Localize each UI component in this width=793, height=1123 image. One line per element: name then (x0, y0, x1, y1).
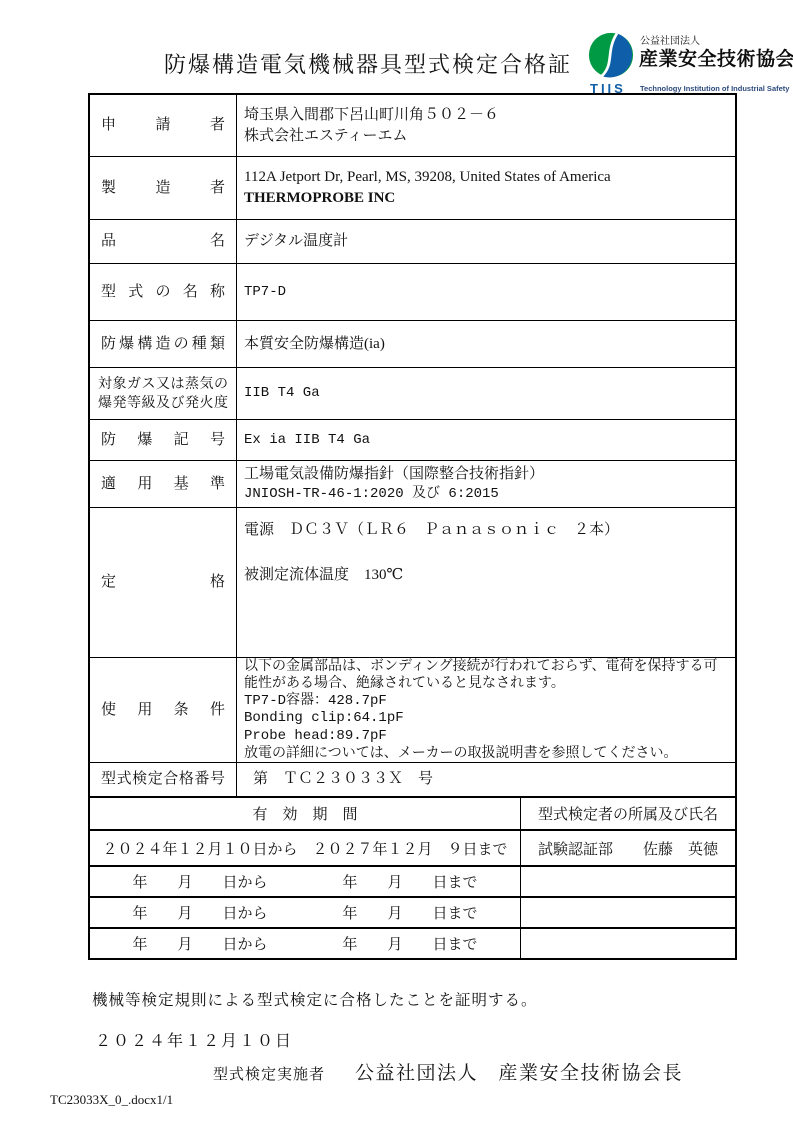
row-manufacturer: 製造者 112A Jetport Dr, Pearl, MS, 39208, U… (90, 157, 735, 220)
validity-period-header: 有 効 期 間 (90, 798, 521, 829)
issuer-line: 型式検定実施者公益社団法人 産業安全技術協会長 (213, 1058, 683, 1085)
validity-row: 年 月 日から 年 月 日まで (90, 896, 735, 927)
row-label: 使用条件 (90, 658, 237, 762)
row-label: 型式の名称 (90, 264, 237, 320)
certify-statement: 機械等検定規則による型式検定に合格したことを証明する。 (92, 988, 538, 1010)
validity-period: 年 月 日から 年 月 日まで (90, 898, 521, 927)
row-protection-type: 防爆構造の種類 本質安全防爆構造(ia) (90, 321, 735, 368)
row-label: 定格 (90, 508, 237, 657)
row-product-name: 品名 デジタル温度計 (90, 220, 735, 264)
logo-org-name: 産業安全技術協会 (639, 44, 793, 71)
certificate-table: 申請者 埼玉県入間郡下呂山町川角５０２－６ 株式会社エスティーエム 製造者 11… (88, 93, 737, 960)
tiis-logo-icon (588, 32, 634, 78)
row-value: 電源 ＤＣ３Ｖ（ＬＲ６ Ｐａｎａｓｏｎｉｃ ２本） 被測定流体温度 130℃ (237, 508, 735, 657)
row-value: Ex ia IIB T4 Ga (237, 420, 735, 460)
row-label: 防爆記号 (90, 420, 237, 460)
certificate-page: 防爆構造電気機械器具型式検定合格証 TIIS 公益社団法人 産業安全技術協会 T… (0, 0, 793, 1123)
issuer-prefix: 型式検定実施者 (213, 1067, 325, 1083)
row-gas-group: 対象ガス又は蒸気の 爆発等級及び発火度 IIB T4 Ga (90, 368, 735, 420)
validity-period: ２０２４年１２月１０日から ２０２７年１２月 ９日まで (90, 831, 521, 865)
row-conditions-of-use: 使用条件 以下の金属部品は、ボンディング接続が行われておらず、電荷を保持する可 … (90, 658, 735, 763)
validity-row: ２０２４年１２月１０日から ２０２７年１２月 ９日まで 試験認証部 佐藤 英徳 (90, 829, 735, 865)
row-ex-marking: 防爆記号 Ex ia IIB T4 Ga (90, 420, 735, 461)
row-value: TP7-D (237, 264, 735, 320)
row-applicant: 申請者 埼玉県入間郡下呂山町川角５０２－６ 株式会社エスティーエム (90, 95, 735, 157)
tiis-logo: TIIS 公益社団法人 産業安全技術協会 Technology Institut… (586, 30, 786, 96)
validity-row: 年 月 日から 年 月 日まで (90, 927, 735, 958)
examiner-name (521, 929, 735, 958)
row-label: 型式検定合格番号 (90, 763, 237, 796)
validity-period: 年 月 日から 年 月 日まで (90, 929, 521, 958)
row-value: 第 ＴＣ２３０３３Ｘ 号 (237, 763, 735, 796)
row-value: 本質安全防爆構造(ia) (237, 321, 735, 367)
row-value: デジタル温度計 (237, 220, 735, 263)
row-model-name: 型式の名称 TP7-D (90, 264, 735, 321)
page-title: 防爆構造電気機械器具型式検定合格証 (88, 48, 648, 79)
issue-date: ２０２４年１２月１０日 (95, 1028, 293, 1051)
validity-period: 年 月 日から 年 月 日まで (90, 867, 521, 896)
row-rating: 定格 電源 ＤＣ３Ｖ（ＬＲ６ Ｐａｎａｓｏｎｉｃ ２本） 被測定流体温度 130… (90, 508, 735, 658)
issuer-organization: 公益社団法人 産業安全技術協会長 (355, 1063, 683, 1084)
row-certificate-number: 型式検定合格番号 第 ＴＣ２３０３３Ｘ 号 (90, 763, 735, 796)
row-label: 製造者 (90, 157, 237, 219)
row-label: 対象ガス又は蒸気の 爆発等級及び発火度 (90, 368, 237, 419)
logo-tagline: Technology Institution of Industrial Saf… (640, 84, 789, 93)
validity-header-row: 有 効 期 間 型式検定者の所属及び氏名 (90, 796, 735, 829)
row-label: 適用基準 (90, 461, 237, 507)
examiner-name (521, 898, 735, 927)
row-label: 品名 (90, 220, 237, 263)
row-label: 防爆構造の種類 (90, 321, 237, 367)
row-label: 申請者 (90, 95, 237, 156)
row-value: IIB T4 Ga (237, 368, 735, 419)
row-value: 以下の金属部品は、ボンディング接続が行われておらず、電荷を保持する可 能性がある… (237, 658, 735, 762)
validity-row: 年 月 日から 年 月 日まで (90, 865, 735, 896)
examiner-header: 型式検定者の所属及び氏名 (521, 798, 735, 829)
row-value: 埼玉県入間郡下呂山町川角５０２－６ 株式会社エスティーエム (237, 95, 735, 156)
row-value: 工場電気設備防爆指針（国際整合技術指針） JNIOSH-TR-46-1:2020… (237, 461, 735, 507)
examiner-name: 試験認証部 佐藤 英徳 (521, 831, 735, 865)
footer-filename: TC23033X_0_.docx1/1 (50, 1092, 173, 1108)
row-applied-standard: 適用基準 工場電気設備防爆指針（国際整合技術指針） JNIOSH-TR-46-1… (90, 461, 735, 508)
row-value: 112A Jetport Dr, Pearl, MS, 39208, Unite… (237, 157, 735, 219)
examiner-name (521, 867, 735, 896)
